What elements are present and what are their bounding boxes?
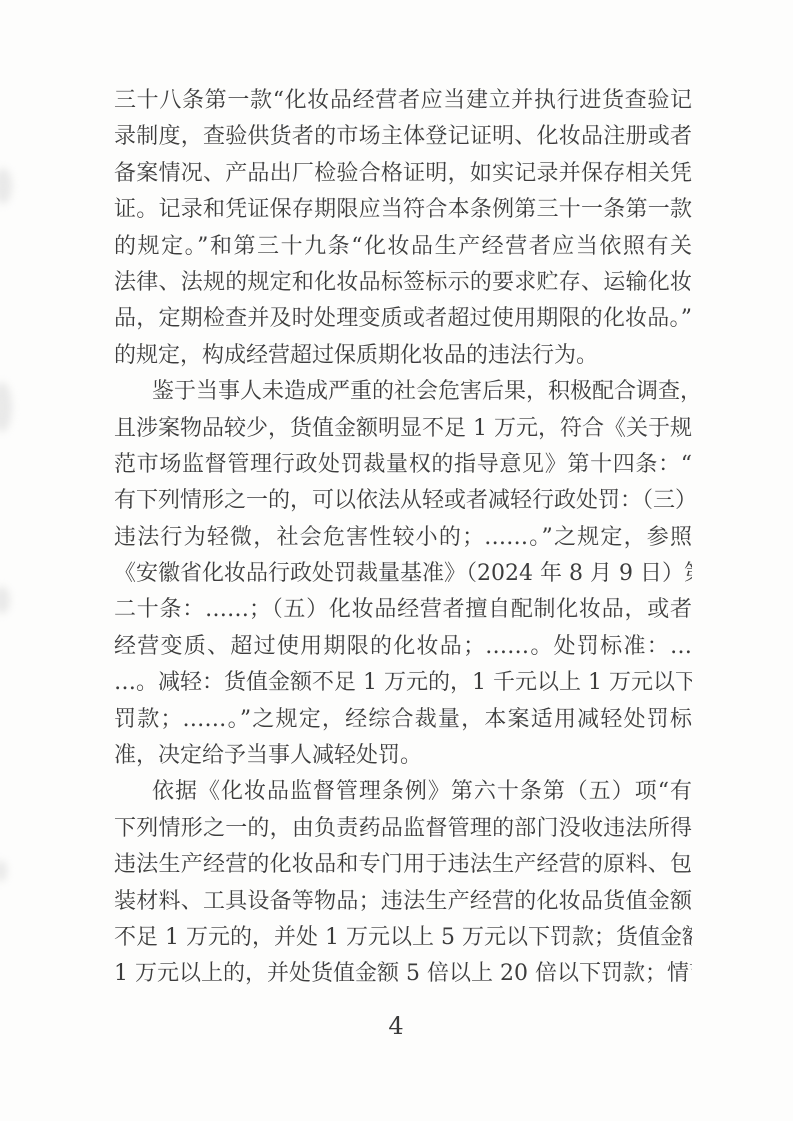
- scan-artifact: [0, 382, 12, 432]
- text-line: 《安徽省化妆品行政处罚裁量基准》（2024 年 8 月 9 日）第: [114, 556, 692, 592]
- body-text: 三十八条第一款“化妆品经营者应当建立并执行进货查验记 录制度，查验供货者的市场主…: [114, 83, 692, 993]
- document-page: 三十八条第一款“化妆品经营者应当建立并执行进货查验记 录制度，查验供货者的市场主…: [0, 0, 793, 1121]
- text-line: 罚款；……。”之规定，经综合裁量，本案适用减轻处罚标: [114, 702, 692, 738]
- text-line: 品，定期检查并及时处理变质或者超过使用期限的化妆品。”: [114, 301, 692, 337]
- text-line: 的规定。”和第三十九条“化妆品生产经营者应当依照有关: [114, 229, 692, 265]
- text-line: 且涉案物品较少，货值金额明显不足 1 万元，符合《关于规: [114, 411, 692, 447]
- page-number: 4: [0, 1012, 793, 1040]
- text-line: 有下列情形之一的，可以依法从轻或者减轻行政处罚：（三）: [114, 483, 692, 519]
- text-line: 经营变质、超过使用期限的化妆品；……。处罚标准：…: [114, 629, 692, 665]
- text-line: 录制度，查验供货者的市场主体登记证明、化妆品注册或者: [114, 119, 692, 155]
- text-line: 下列情形之一的，由负责药品监督管理的部门没收违法所得: [114, 811, 692, 847]
- text-line: …。减轻：货值金额不足 1 万元的，1 千元以上 1 万元以下: [114, 665, 692, 701]
- text-line: 装材料、工具设备等物品；违法生产经营的化妆品货值金额: [114, 884, 692, 920]
- text-line: 1 万元以上的，并处货值金额 5 倍以上 20 倍以下罚款；情节: [114, 956, 692, 992]
- scan-artifact: [0, 168, 12, 204]
- text-line: 鉴于当事人未造成严重的社会危害后果，积极配合调查，: [114, 374, 692, 410]
- text-line: 准，决定给予当事人减轻处罚。: [114, 738, 692, 774]
- text-line: 法律、法规的规定和化妆品标签标示的要求贮存、运输化妆: [114, 265, 692, 301]
- text-line: 备案情况、产品出厂检验合格证明，如实记录并保存相关凭: [114, 156, 692, 192]
- text-line: 范市场监督管理行政处罚裁量权的指导意见》第十四条：“: [114, 447, 692, 483]
- text-line: 违法行为轻微，社会危害性较小的；……。”之规定，参照: [114, 520, 692, 556]
- text-line: 不足 1 万元的，并处 1 万元以上 5 万元以下罚款；货值金额: [114, 920, 692, 956]
- text-line: 的规定，构成经营超过保质期化妆品的违法行为。: [114, 338, 692, 374]
- text-line: 二十条：……；（五）化妆品经营者擅自配制化妆品，或者: [114, 592, 692, 628]
- text-line: 证。记录和凭证保存期限应当符合本条例第三十一条第一款: [114, 192, 692, 228]
- text-line: 三十八条第一款“化妆品经营者应当建立并执行进货查验记: [114, 83, 692, 119]
- scan-artifact: [0, 586, 10, 614]
- text-line: 违法生产经营的化妆品和专门用于违法生产经营的原料、包: [114, 847, 692, 883]
- text-line: 依据《化妆品监督管理条例》第六十条第（五）项“有: [114, 774, 692, 810]
- scan-artifact: [0, 860, 7, 882]
